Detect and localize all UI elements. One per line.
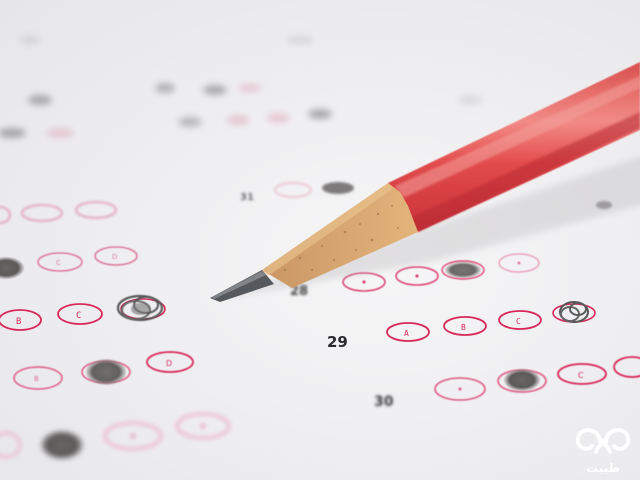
svg-text:D: D [112, 253, 117, 261]
question-row-30: 30 C [374, 357, 640, 410]
bubble-row-bottom [0, 414, 229, 460]
question-number-31-faint: 31 [240, 192, 254, 203]
ram-horns-logo-icon: طیبت [572, 416, 634, 476]
svg-text:C: C [516, 317, 521, 326]
svg-text:B: B [34, 375, 39, 383]
photo-illustration: 31 C D B C B [0, 0, 640, 480]
answer-sheet-photo: 31 C D B C B [0, 0, 640, 480]
svg-text:C: C [76, 311, 81, 321]
blurred-bubbles-top [0, 36, 482, 138]
question-row-29: 29 A B C [327, 302, 595, 351]
question-number-30: 30 [374, 394, 394, 410]
watermark-logo: طیبت [572, 416, 634, 476]
svg-text:B: B [461, 323, 466, 332]
bubble-row-left-1: C D [0, 247, 137, 279]
svg-text:D: D [166, 359, 172, 368]
svg-text:C: C [578, 371, 584, 380]
bubble-row-left-3: B D [14, 352, 193, 389]
svg-text:A: A [404, 329, 409, 338]
bubble-row-left-2: B C [0, 296, 165, 330]
question-number-29: 29 [327, 333, 348, 351]
watermark-text: طیبت [586, 461, 620, 475]
filled-bubble [0, 257, 24, 279]
pencil-scribble-29 [560, 302, 588, 322]
svg-text:C: C [56, 259, 61, 267]
svg-text:B: B [16, 317, 21, 327]
